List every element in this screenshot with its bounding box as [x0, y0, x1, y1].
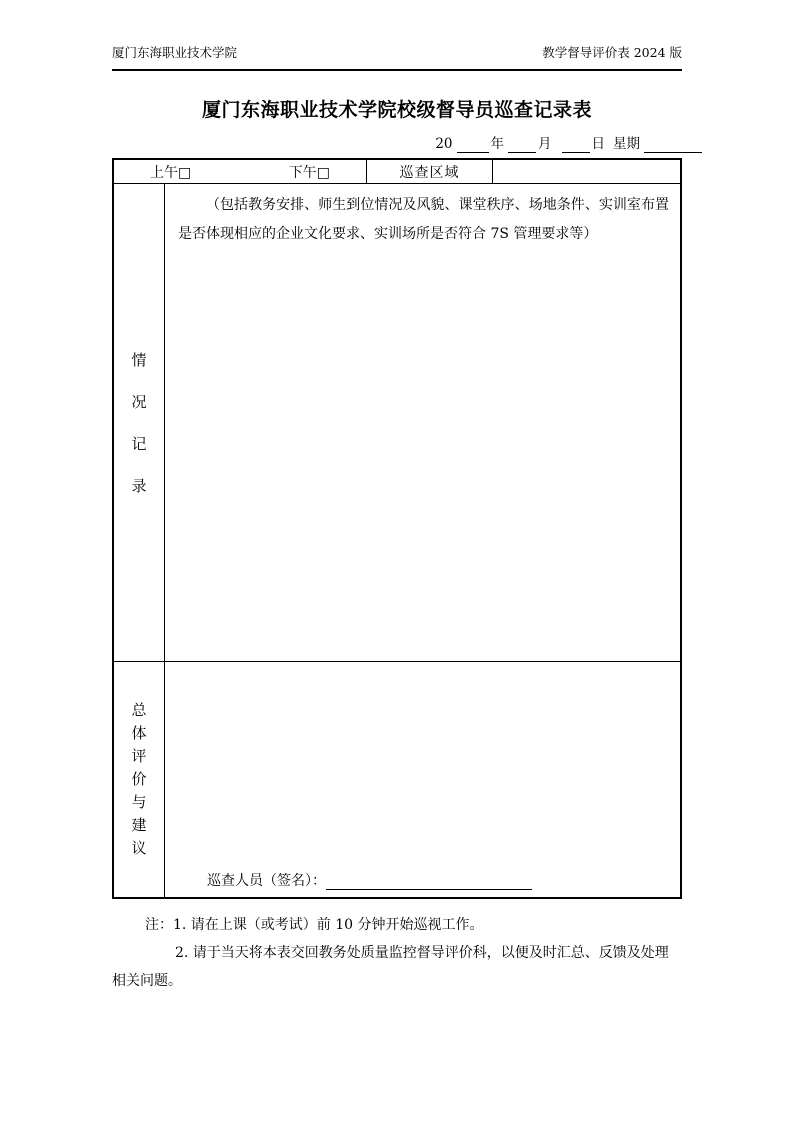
inspection-table: 上午□ 下午□ 巡查区域 情况记录 （包括教务安排、师生到位情况及风貌、课堂秩序…: [112, 158, 682, 899]
date-week-blank: [644, 137, 702, 153]
date-year-label: 年: [491, 135, 505, 153]
record-label-cell: 情况记录: [114, 184, 165, 661]
date-century-prefix: 20: [435, 135, 452, 153]
record-hint-text: （包括教务安排、师生到位情况及风貌、课堂秩序、场地条件、实训室布置是否体现相应的…: [165, 184, 680, 249]
summary-row: 总体评价与建议 巡查人员（签名）：: [114, 662, 680, 897]
date-line: 20 年 月 日 星期: [112, 135, 704, 153]
header-form-version: 教学督导评价表 2024 版: [542, 45, 682, 61]
record-row: 情况记录 （包括教务安排、师生到位情况及风貌、课堂秩序、场地条件、实训室布置是否…: [114, 184, 680, 662]
date-month-blank: [508, 137, 536, 153]
date-day-blank: [562, 137, 590, 153]
document-page: 厦门东海职业技术学院 教学督导评价表 2024 版 厦门东海职业技术学院校级督导…: [0, 0, 794, 1123]
summary-content-cell: 巡查人员（签名）：: [165, 662, 680, 897]
morning-checkbox-label: 上午□: [150, 162, 191, 182]
date-year-blank: [457, 137, 489, 153]
time-area-row: 上午□ 下午□ 巡查区域: [114, 160, 680, 184]
notes-label: 注：: [145, 917, 173, 933]
record-content-cell: （包括教务安排、师生到位情况及风貌、课堂秩序、场地条件、实训室布置是否体现相应的…: [165, 184, 680, 661]
notes-section: 注：1. 请在上课（或考试）前 10 分钟开始巡视工作。 2. 请于当天将本表交…: [112, 911, 682, 995]
note-item-2: 2. 请于当天将本表交回教务处质量监控督导评价科，以便及时汇总、反馈及处理相关问…: [112, 939, 682, 995]
signature-line: 巡查人员（签名）：: [207, 872, 532, 890]
date-week-label: 星期: [613, 135, 640, 153]
header-school-name: 厦门东海职业技术学院: [112, 45, 237, 61]
signature-label: 巡查人员（签名）：: [207, 872, 326, 890]
document-content: 厦门东海职业技术学院 教学督导评价表 2024 版 厦门东海职业技术学院校级督导…: [112, 0, 682, 995]
summary-label-text: 总体评价与建议: [131, 699, 147, 860]
date-month-label: 月: [538, 135, 552, 153]
note-item-1: 注：1. 请在上课（或考试）前 10 分钟开始巡视工作。: [112, 911, 682, 939]
area-value-cell: [493, 160, 680, 183]
afternoon-checkbox-icon: □: [317, 165, 330, 181]
morning-checkbox-icon: □: [178, 165, 191, 181]
summary-label-cell: 总体评价与建议: [114, 662, 165, 897]
signature-blank: [326, 874, 532, 890]
page-header: 厦门东海职业技术学院 教学督导评价表 2024 版: [112, 45, 682, 61]
record-label-text: 情况记录: [131, 339, 147, 507]
header-rule: [112, 69, 682, 71]
area-label-cell: 巡查区域: [367, 160, 493, 183]
time-cell: 上午□ 下午□: [114, 160, 367, 183]
date-day-label: 日: [592, 135, 606, 153]
page-title: 厦门东海职业技术学院校级督导员巡查记录表: [112, 97, 682, 123]
afternoon-checkbox-label: 下午□: [289, 162, 330, 182]
